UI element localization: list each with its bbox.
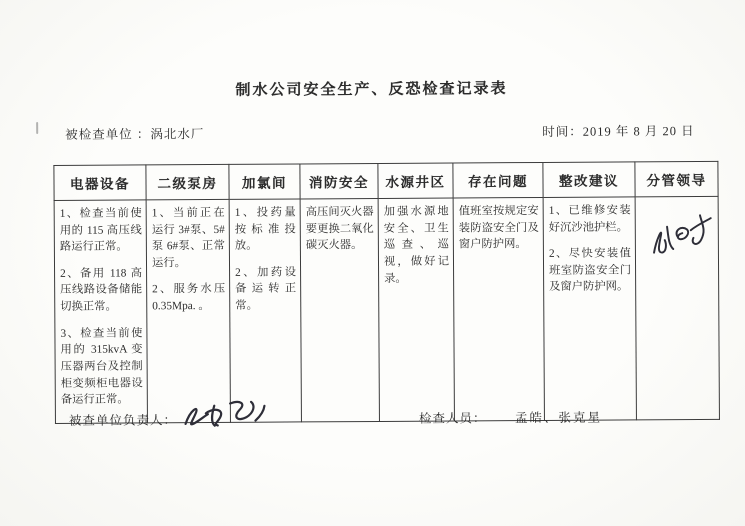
cell-paragraph: 加强水源地安全、卫生巡查、巡视，做好记录。 <box>384 204 450 288</box>
meta-row: 被检查单位 ：涡北水厂 时间：2019 年 8 月 20 日 <box>0 121 744 126</box>
inspected-unit: 被检查单位 ：涡北水厂 <box>65 124 204 143</box>
column-header-pump-house: 二级泵房 <box>146 164 229 200</box>
cell-electrical: 1、检查当前使用的 115 高压线路运行正常。 2、备用 118 高压线路设备储… <box>54 200 147 423</box>
header-row: 电器设备 二级泵房 加氯间 消防安全 水源井区 存在问题 整改建议 分管领导 <box>54 161 718 200</box>
cell-paragraph: 2、加药设备运转正常。 <box>235 264 296 315</box>
cell-paragraph: 高压间灭火器要更换二氧化碳灭火器。 <box>306 204 374 255</box>
column-header-problems: 存在问题 <box>453 162 543 198</box>
cell-well-area: 加强水源地安全、卫生巡查、巡视，做好记录。 <box>378 198 454 421</box>
cell-suggestions: 1、已维修安装好沉沙池护栏。 2、尽快安装值班室防盗安全门及窗户防护网。 <box>543 197 636 420</box>
column-header-well-area: 水源井区 <box>378 163 453 198</box>
cell-fire-safety: 高压间灭火器要更换二氧化碳灭火器。 <box>300 198 379 421</box>
inspectors-names: 孟皓、张克星 <box>515 408 602 427</box>
inspectors-label: 检查人员： <box>419 408 487 426</box>
date-label: 时间： <box>542 125 583 139</box>
column-header-suggestions: 整改建议 <box>543 162 635 198</box>
column-header-chlorination: 加氯间 <box>229 164 300 199</box>
column-header-fire-safety: 消防安全 <box>300 163 378 198</box>
cell-pump-house: 1、当前正在运行 3#泵、5#泵 6#泵、正常运行。 2、服务水压 0.35Mp… <box>146 199 230 422</box>
page-title: 制水公司安全生产、反恐检查记录表 <box>0 76 744 102</box>
inspected-unit-value: 涡北水厂 <box>150 127 204 141</box>
column-header-leader: 分管领导 <box>635 161 718 197</box>
cell-problems: 值班室按规定安装防盗安全门及窗户防护网。 <box>453 197 544 420</box>
cell-paragraph: 2、备用 118 高压线路设备储能切换正常。 <box>60 265 142 316</box>
cell-leader-signature <box>635 196 719 419</box>
inspection-date: 时间：2019 年 8 月 20 日 <box>542 121 695 140</box>
responsible-handwritten-signature <box>178 393 272 434</box>
cell-paragraph: 值班室按规定安装防盗安全门及窗户防护网。 <box>459 203 539 254</box>
cell-paragraph: 1、当前正在运行 3#泵、5#泵 6#泵、正常运行。 <box>152 205 225 272</box>
cell-paragraph: 1、投药量按标准投放。 <box>235 204 296 255</box>
cell-paragraph: 3、检查当前使用的 315kvA 变压器两台及控制柜变频柜电器设备运行正常。 <box>60 325 143 409</box>
cell-paragraph: 2、服务水压 0.35Mpa. 。 <box>152 281 225 315</box>
cell-paragraph: 1、检查当前使用的 115 高压线路运行正常。 <box>60 205 142 256</box>
body-row: 1、检查当前使用的 115 高压线路运行正常。 2、备用 118 高压线路设备储… <box>54 196 719 423</box>
leader-handwritten-signature <box>636 199 727 272</box>
cell-paragraph: 2、尽快安装值班室防盗安全门及窗户防护网。 <box>549 245 631 296</box>
cell-chlorination: 1、投药量按标准投放。 2、加药设备运转正常。 <box>229 199 301 422</box>
scan-artifact <box>36 122 38 134</box>
cell-paragraph: 1、已维修安装好沉沙池护栏。 <box>549 202 631 236</box>
inspected-unit-label: 被检查单位 ： <box>65 127 150 142</box>
scanned-document: 制水公司安全生产、反恐检查记录表 被检查单位 ：涡北水厂 时间：2019 年 8… <box>0 0 745 526</box>
column-header-electrical: 电器设备 <box>54 165 146 201</box>
inspection-record-table: 电器设备 二级泵房 加氯间 消防安全 水源井区 存在问题 整改建议 分管领导 1… <box>53 161 720 424</box>
responsible-person-label: 被查单位负责人： <box>69 410 177 429</box>
date-value: 2019 年 8 月 20 日 <box>583 124 695 139</box>
